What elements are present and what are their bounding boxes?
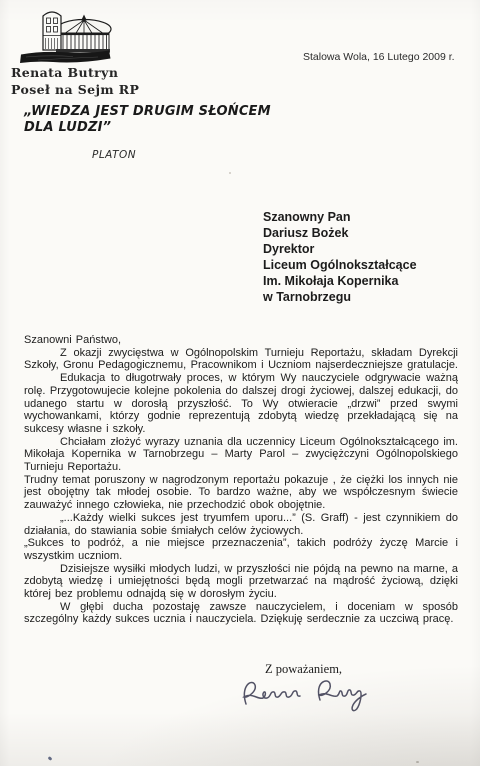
paragraph: „...Każdy wielki sukces jest tryumfem up… (24, 512, 458, 537)
recipient-line: Dyrektor (263, 241, 417, 257)
scan-speck (229, 172, 231, 174)
sender-name: Renata Butryn (11, 64, 139, 81)
letter-body: Szanowni Państwo, Z okazji zwycięstwa w … (24, 334, 458, 626)
recipient-line: Szanowny Pan (263, 209, 417, 225)
motto-block: „WIEDZA JEST DRUGIM SŁOŃCEM DLA LUDZI” (24, 104, 271, 136)
paragraph: Dzisiejsze wysiłki młodych ludzi, w przy… (24, 563, 458, 601)
recipient-line: Liceum Ogólnokształcące (263, 257, 417, 273)
recipient-block: Szanowny Pan Dariusz Bożek Dyrektor Lice… (263, 209, 417, 305)
paragraph: Trudny temat poruszony w nagrodzonym rep… (24, 474, 458, 512)
sejm-building-logo (18, 5, 113, 65)
salutation: Szanowni Państwo, (24, 334, 458, 347)
recipient-line: Dariusz Bożek (263, 225, 417, 241)
recipient-line: Im. Mikołaja Kopernika (263, 273, 417, 289)
date-line: Stalowa Wola, 16 Lutego 2009 r. (303, 51, 455, 63)
scanned-letter-page: Renata Butryn Poseł na Sejm RP Stalowa W… (0, 0, 480, 766)
paragraph: Z okazji zwycięstwa w Ogólnopolskim Turn… (24, 347, 458, 372)
motto-line-1: „WIEDZA JEST DRUGIM SŁOŃCEM (24, 104, 271, 120)
paragraph: W głębi ducha pozostaję zawsze nauczycie… (24, 601, 458, 626)
sender-title: Poseł na Sejm RP (11, 81, 139, 98)
scan-speck (416, 761, 419, 763)
motto-author: PLATON (92, 149, 136, 161)
handwritten-signature (236, 674, 386, 716)
paragraph: Chciałam złożyć wyrazy uznania dla uczen… (24, 436, 458, 474)
paragraph: „Sukces to podróż, a nie miejsce przezna… (24, 537, 458, 562)
scan-speck (48, 756, 53, 761)
paragraph: Edukacja to długotrwały proces, w którym… (24, 372, 458, 436)
recipient-line: w Tarnobrzegu (263, 289, 417, 305)
motto-line-2: DLA LUDZI” (24, 120, 271, 136)
sender-block: Renata Butryn Poseł na Sejm RP (11, 64, 139, 98)
